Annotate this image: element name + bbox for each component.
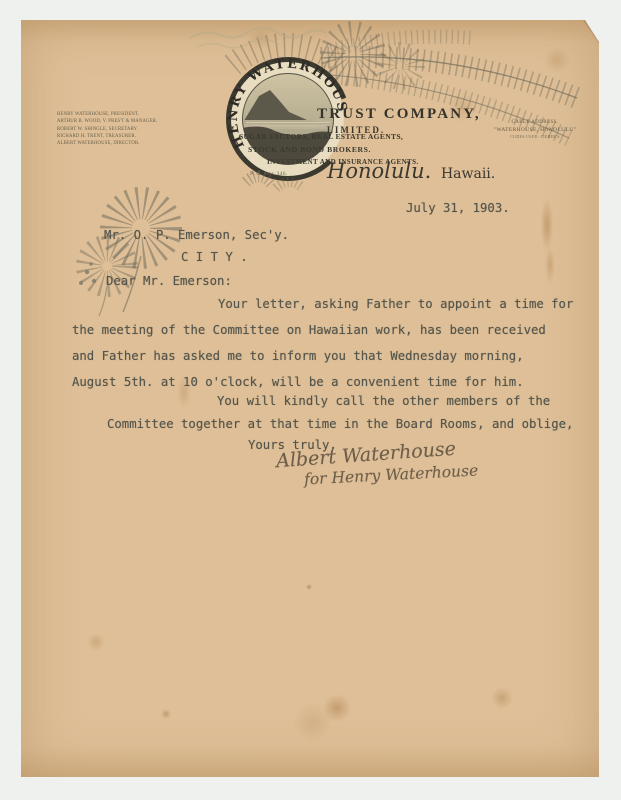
officer-line: ALBERT WATERHOUSE, DIRECTOR. (57, 140, 175, 147)
body-line: the meeting of the Committee on Hawaiian… (72, 323, 546, 338)
date-line: July 31, 1903. (406, 201, 510, 216)
service-line: STOCK AND BOND BROKERS. (248, 145, 371, 154)
scanned-letter-paper: HENRY WATERHOUSE HENRY WATERHOUSE, PRESI… (21, 20, 599, 777)
place-line: Honolulu. Hawaii. (327, 159, 495, 183)
body-line: You will kindly call the other members o… (217, 394, 550, 409)
company-name: TRUST COMPANY, (317, 106, 481, 123)
recipient-line: Mr. O. P. Emerson, Sec'y. (104, 228, 289, 243)
cable-address-line: CABLE ADDRESS. (465, 120, 599, 125)
recipient-city-line: C I T Y . (181, 250, 248, 265)
officer-line: ARTHUR B. WOOD, V. PRES'T & MANAGER. (57, 118, 175, 125)
po-box: P. O. Box 346. (250, 171, 288, 177)
place-state: Hawaii. (441, 166, 495, 182)
officers-list: HENRY WATERHOUSE, PRESIDENT. ARTHUR B. W… (57, 111, 175, 147)
palm-fan-left (89, 203, 166, 316)
body-line: August 5th. at 10 o'clock, will be a con… (72, 375, 524, 390)
cable-address-line: CODES USED: LIEBER'S (465, 134, 599, 139)
salutation-line: Dear Mr. Emerson: (106, 274, 232, 289)
officer-line: RICHARD H. TRENT, TREASURER. (57, 133, 175, 140)
screenshot-root: { "letterhead": { "officers": [ "HENRY W… (0, 0, 621, 800)
officer-line: HENRY WATERHOUSE, PRESIDENT. (57, 111, 175, 118)
officer-line: ROBERT W. SHINGLE, SECRETARY. (57, 126, 175, 133)
body-line: Committee together at that time in the B… (107, 417, 573, 432)
body-line: and Father has asked me to inform you th… (72, 349, 524, 364)
place-city-script: Honolulu. (327, 159, 431, 183)
body-line: Your letter, asking Father to appoint a … (218, 297, 573, 312)
service-line: SUGAR FACTORS, REAL ESTATE AGENTS, (239, 132, 403, 141)
cable-address-line: "WATERHOUSE, HONOLULU" (465, 127, 599, 133)
cable-address: CABLE ADDRESS. "WATERHOUSE, HONOLULU" CO… (465, 120, 599, 139)
